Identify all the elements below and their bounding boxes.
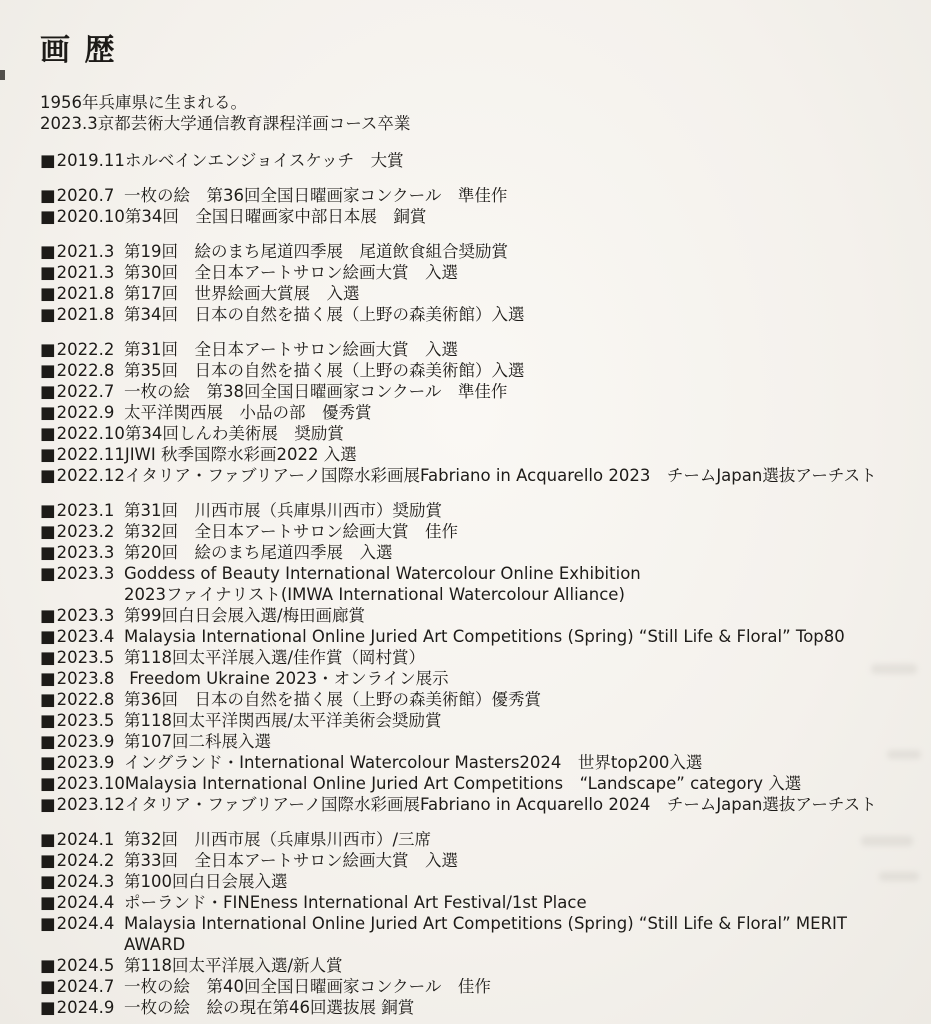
bullet-square-icon: ■: [40, 500, 56, 521]
bullet-square-icon: ■: [40, 262, 56, 283]
entry-date: ■2019.11: [40, 150, 125, 171]
bullet-square-icon: ■: [40, 913, 56, 934]
bullet-square-icon: ■: [40, 241, 56, 262]
history-entry: ■2023.5第118回太平洋展入選/佳作賞（岡村賞）: [40, 647, 907, 668]
entry-date: ■2022.12: [40, 465, 125, 486]
year-group: ■2021.3第19回 絵のまち尾道四季展 尾道飲食組合奨励賞■2021.3第3…: [40, 241, 907, 325]
entry-date-text: 2022.8: [57, 360, 115, 381]
entry-text: 第34回 全国日曜画家中部日本展 銅賞: [125, 206, 907, 227]
bullet-square-icon: ■: [40, 668, 56, 689]
entry-date: ■2021.8: [40, 304, 124, 325]
entry-text: 第107回二科展入選: [124, 731, 907, 752]
bullet-square-icon: ■: [40, 521, 56, 542]
bullet-square-icon: ■: [40, 689, 56, 710]
scan-edge-artifact: [0, 70, 5, 80]
entry-date-text: 2024.7: [57, 976, 115, 997]
entry-date-text: 2019.11: [57, 150, 125, 171]
entry-date-text: 2022.12: [57, 465, 125, 486]
entry-text: 第20回 絵のまち尾道四季展 入選: [124, 542, 907, 563]
history-entry: ■2021.8第17回 世界絵画大賞展 入選: [40, 283, 907, 304]
entry-text: 第100回白日会展入選: [124, 871, 907, 892]
entry-text: イタリア・ファブリアーノ国際水彩画展Fabriano in Acquarello…: [125, 465, 907, 486]
entry-date: ■2024.2: [40, 850, 124, 871]
entry-date: ■2024.4: [40, 913, 124, 934]
entry-text: 第31回 全日本アートサロン絵画大賞 入選: [124, 339, 907, 360]
intro-line-birth: 1956年兵庫県に生まれる。: [40, 92, 907, 113]
document-page: 画 歴 1956年兵庫県に生まれる。 2023.3京都芸術大学通信教育課程洋画コ…: [0, 0, 931, 1024]
bullet-square-icon: ■: [40, 283, 56, 304]
bullet-square-icon: ■: [40, 402, 56, 423]
bullet-square-icon: ■: [40, 339, 56, 360]
entry-date: ■2022.8: [40, 360, 124, 381]
entry-date-text: 2023.5: [57, 647, 115, 668]
entry-text: 第118回太平洋展入選/新人賞: [124, 955, 907, 976]
entry-text: 第31回 川西市展（兵庫県川西市）奨励賞: [124, 500, 907, 521]
history-entry: ■2020.10第34回 全国日曜画家中部日本展 銅賞: [40, 206, 907, 227]
bullet-square-icon: ■: [40, 563, 56, 584]
entry-date: ■2023.9: [40, 731, 124, 752]
history-entry: ■2023.8 Freedom Ukraine 2023・オンライン展示: [40, 668, 907, 689]
entry-text: 第99回白日会展入選/梅田画廊賞: [124, 605, 907, 626]
entry-date-text: 2023.2: [57, 521, 115, 542]
bullet-square-icon: ■: [40, 997, 56, 1018]
entry-text: ホルベインエンジョイスケッチ 大賞: [125, 150, 907, 171]
year-group: ■2020.7一枚の絵 第36回全国日曜画家コンクール 準佳作■2020.10第…: [40, 185, 907, 227]
entry-date-text: 2024.1: [57, 829, 115, 850]
bullet-square-icon: ■: [40, 360, 56, 381]
history-entry: ■2024.2第33回 全日本アートサロン絵画大賞 入選: [40, 850, 907, 871]
entry-date: ■2023.3: [40, 542, 124, 563]
entry-text: 一枚の絵 第38回全国日曜画家コンクール 準佳作: [124, 381, 907, 402]
bullet-square-icon: ■: [40, 626, 56, 647]
entry-date: ■2021.3: [40, 241, 124, 262]
entry-text: 第34回 日本の自然を描く展（上野の森美術館）入選: [124, 304, 907, 325]
entry-date-text: 2022.2: [57, 339, 115, 360]
entry-date: ■2023.2: [40, 521, 124, 542]
entry-date-text: 2024.9: [57, 997, 115, 1018]
entry-date: ■2023.5: [40, 710, 124, 731]
entry-date-text: 2022.7: [57, 381, 115, 402]
entry-text: 一枚の絵 第36回全国日曜画家コンクール 準佳作: [124, 185, 907, 206]
entry-date: ■2023.3: [40, 605, 124, 626]
bullet-square-icon: ■: [40, 381, 56, 402]
history-entry: ■2022.11JIWI 秋季国際水彩画2022 入選: [40, 444, 907, 465]
history-entry: ■2021.3第19回 絵のまち尾道四季展 尾道飲食組合奨励賞: [40, 241, 907, 262]
entry-date: ■2022.8: [40, 689, 124, 710]
entry-text: ポーランド・FINEness International Art Festiva…: [124, 892, 907, 913]
entry-text: 第33回 全日本アートサロン絵画大賞 入選: [124, 850, 907, 871]
entry-date: ■2022.9: [40, 402, 124, 423]
history-entry: ■2024.1第32回 川西市展（兵庫県川西市）/三席: [40, 829, 907, 850]
year-group: ■2024.1第32回 川西市展（兵庫県川西市）/三席■2024.2第33回 全…: [40, 829, 907, 1018]
history-entry: ■2024.9一枚の絵 絵の現在第46回選抜展 銅賞: [40, 997, 907, 1018]
entry-date: ■2023.12: [40, 794, 125, 815]
scan-bleedthrough: [887, 750, 921, 759]
entry-text: 第30回 全日本アートサロン絵画大賞 入選: [124, 262, 907, 283]
entry-date-text: 2020.7: [57, 185, 115, 206]
entry-date: ■2024.7: [40, 976, 124, 997]
entry-date: ■2024.3: [40, 871, 124, 892]
entry-date-text: 2023.9: [57, 731, 115, 752]
entry-date-text: 2021.8: [57, 283, 115, 304]
entry-text: イタリア・ファブリアーノ国際水彩画展Fabriano in Acquarello…: [125, 794, 907, 815]
scan-bleedthrough: [871, 664, 917, 674]
entry-date-text: 2023.3: [57, 605, 115, 626]
history-entry: ■2023.4Malaysia International Online Jur…: [40, 626, 907, 647]
entry-date: ■2023.10: [40, 773, 125, 794]
entry-date: ■2023.8: [40, 668, 124, 689]
entry-text: 第34回しんわ美術展 奨励賞: [125, 423, 907, 444]
bullet-square-icon: ■: [40, 150, 56, 171]
entry-date: ■2023.5: [40, 647, 124, 668]
bullet-square-icon: ■: [40, 794, 56, 815]
history-entry: ■2022.2第31回 全日本アートサロン絵画大賞 入選: [40, 339, 907, 360]
entry-date: ■2024.9: [40, 997, 124, 1018]
entry-date-text: 2023.1: [57, 500, 115, 521]
entry-text: 第118回太平洋関西展/太平洋美術会奨励賞: [124, 710, 907, 731]
entry-text-continuation: 2023ファイナリスト(IMWA International Watercolo…: [124, 584, 907, 605]
entry-text: 第19回 絵のまち尾道四季展 尾道飲食組合奨励賞: [124, 241, 907, 262]
biography-intro: 1956年兵庫県に生まれる。 2023.3京都芸術大学通信教育課程洋画コース卒業: [40, 92, 907, 134]
bullet-square-icon: ■: [40, 304, 56, 325]
history-entry: ■2024.4ポーランド・FINEness International Art …: [40, 892, 907, 913]
history-entry: ■2023.9イングランド・International Watercolour …: [40, 752, 907, 773]
entry-date: ■2022.11: [40, 444, 125, 465]
year-group: ■2023.1第31回 川西市展（兵庫県川西市）奨励賞■2023.2第32回 全…: [40, 500, 907, 815]
entry-date-text: 2024.5: [57, 955, 115, 976]
entry-date-text: 2023.3: [57, 563, 115, 584]
entry-date-text: 2021.3: [57, 241, 115, 262]
bullet-square-icon: ■: [40, 185, 56, 206]
entry-text: Malaysia International Online Juried Art…: [124, 626, 907, 647]
bullet-square-icon: ■: [40, 955, 56, 976]
history-entry: ■2023.2第32回 全日本アートサロン絵画大賞 佳作: [40, 521, 907, 542]
entry-date: ■2024.4: [40, 892, 124, 913]
history-entry: ■2023.3第20回 絵のまち尾道四季展 入選: [40, 542, 907, 563]
entry-date-text: 2024.4: [57, 913, 115, 934]
history-entry: ■2023.1第31回 川西市展（兵庫県川西市）奨励賞: [40, 500, 907, 521]
entry-text: 太平洋関西展 小品の部 優秀賞: [124, 402, 907, 423]
entry-date: ■2023.1: [40, 500, 124, 521]
history-entry: ■2023.12イタリア・ファブリアーノ国際水彩画展Fabriano in Ac…: [40, 794, 907, 815]
history-entry: ■2024.7一枚の絵 第40回全国日曜画家コンクール 佳作: [40, 976, 907, 997]
bullet-square-icon: ■: [40, 752, 56, 773]
scan-bleedthrough: [861, 836, 913, 846]
bullet-square-icon: ■: [40, 871, 56, 892]
entry-date: ■2023.9: [40, 752, 124, 773]
history-entry: ■2023.3Goddess of Beauty International W…: [40, 563, 907, 584]
entry-date: ■2023.3: [40, 563, 124, 584]
history-entry: ■2023.10Malaysia International Online Ju…: [40, 773, 907, 794]
history-entry: ■2023.5第118回太平洋関西展/太平洋美術会奨励賞: [40, 710, 907, 731]
year-group: ■2022.2第31回 全日本アートサロン絵画大賞 入選■2022.8第35回 …: [40, 339, 907, 486]
history-entry: ■2024.5第118回太平洋展入選/新人賞: [40, 955, 907, 976]
bullet-square-icon: ■: [40, 423, 56, 444]
entry-date-text: 2021.3: [57, 262, 115, 283]
entry-date-text: 2024.3: [57, 871, 115, 892]
entry-date: ■2024.5: [40, 955, 124, 976]
bullet-square-icon: ■: [40, 710, 56, 731]
bullet-square-icon: ■: [40, 206, 56, 227]
history-entry: ■2023.9第107回二科展入選: [40, 731, 907, 752]
entry-text: Malaysia International Online Juried Art…: [125, 773, 907, 794]
entry-date-text: 2024.4: [57, 892, 115, 913]
entry-date-text: 2023.4: [57, 626, 115, 647]
entry-text: 一枚の絵 絵の現在第46回選抜展 銅賞: [124, 997, 907, 1018]
bullet-square-icon: ■: [40, 829, 56, 850]
history-entry: ■2019.11ホルベインエンジョイスケッチ 大賞: [40, 150, 907, 171]
entry-date-text: 2020.10: [57, 206, 125, 227]
entry-date: ■2021.3: [40, 262, 124, 283]
entry-text: 第36回 日本の自然を描く展（上野の森美術館）優秀賞: [124, 689, 907, 710]
history-entry-continuation: 2023ファイナリスト(IMWA International Watercolo…: [40, 584, 907, 605]
entry-date: ■2022.10: [40, 423, 125, 444]
entry-text: JIWI 秋季国際水彩画2022 入選: [125, 444, 907, 465]
entry-text: Malaysia International Online Juried Art…: [124, 913, 907, 955]
entry-text: 第32回 川西市展（兵庫県川西市）/三席: [124, 829, 907, 850]
history-entry: ■2022.12イタリア・ファブリアーノ国際水彩画展Fabriano in Ac…: [40, 465, 907, 486]
bullet-square-icon: ■: [40, 773, 56, 794]
entry-text: Freedom Ukraine 2023・オンライン展示: [124, 668, 907, 689]
entry-text: 第32回 全日本アートサロン絵画大賞 佳作: [124, 521, 907, 542]
entry-date-text: 2022.8: [57, 689, 115, 710]
scan-bleedthrough: [879, 872, 919, 881]
history-entry: ■2022.8第35回 日本の自然を描く展（上野の森美術館）入選: [40, 360, 907, 381]
bullet-square-icon: ■: [40, 647, 56, 668]
history-entry: ■2020.7一枚の絵 第36回全国日曜画家コンクール 準佳作: [40, 185, 907, 206]
history-entry: ■2023.3第99回白日会展入選/梅田画廊賞: [40, 605, 907, 626]
entry-date: ■2021.8: [40, 283, 124, 304]
bullet-square-icon: ■: [40, 465, 56, 486]
entry-date: ■2023.4: [40, 626, 124, 647]
bullet-square-icon: ■: [40, 731, 56, 752]
bullet-square-icon: ■: [40, 892, 56, 913]
entry-date-text: 2023.9: [57, 752, 115, 773]
entry-date-text: 2022.11: [57, 444, 125, 465]
bullet-square-icon: ■: [40, 444, 56, 465]
history-entry: ■2024.4Malaysia International Online Jur…: [40, 913, 907, 955]
page-title: 画 歴: [40, 34, 907, 68]
year-group: ■2019.11ホルベインエンジョイスケッチ 大賞: [40, 150, 907, 171]
entry-text: 第35回 日本の自然を描く展（上野の森美術館）入選: [124, 360, 907, 381]
bullet-square-icon: ■: [40, 605, 56, 626]
entry-date: ■2022.2: [40, 339, 124, 360]
entry-date: ■2024.1: [40, 829, 124, 850]
bullet-square-icon: ■: [40, 542, 56, 563]
history-entry: ■2022.9太平洋関西展 小品の部 優秀賞: [40, 402, 907, 423]
entry-text: 第17回 世界絵画大賞展 入選: [124, 283, 907, 304]
entry-date-text: 2023.3: [57, 542, 115, 563]
entry-text: 第118回太平洋展入選/佳作賞（岡村賞）: [124, 647, 907, 668]
entry-date-text: 2022.9: [57, 402, 115, 423]
entry-date-text: 2023.8: [57, 668, 115, 689]
entry-date: ■2022.7: [40, 381, 124, 402]
entry-date-text: 2024.2: [57, 850, 115, 871]
entry-date-text: 2023.10: [57, 773, 125, 794]
entry-text: イングランド・International Watercolour Masters…: [124, 752, 907, 773]
entry-date: ■2020.10: [40, 206, 125, 227]
entry-date-text: 2023.12: [57, 794, 125, 815]
entry-text: Goddess of Beauty International Watercol…: [124, 563, 907, 584]
exhibition-history-list: ■2019.11ホルベインエンジョイスケッチ 大賞■2020.7一枚の絵 第36…: [40, 150, 907, 1018]
entry-text: 一枚の絵 第40回全国日曜画家コンクール 佳作: [124, 976, 907, 997]
history-entry: ■2021.3第30回 全日本アートサロン絵画大賞 入選: [40, 262, 907, 283]
intro-line-education: 2023.3京都芸術大学通信教育課程洋画コース卒業: [40, 113, 907, 134]
history-entry: ■2024.3第100回白日会展入選: [40, 871, 907, 892]
history-entry: ■2021.8第34回 日本の自然を描く展（上野の森美術館）入選: [40, 304, 907, 325]
entry-date-text: 2021.8: [57, 304, 115, 325]
history-entry: ■2022.10第34回しんわ美術展 奨励賞: [40, 423, 907, 444]
entry-date: ■2020.7: [40, 185, 124, 206]
history-entry: ■2022.7一枚の絵 第38回全国日曜画家コンクール 準佳作: [40, 381, 907, 402]
bullet-square-icon: ■: [40, 976, 56, 997]
history-entry: ■2022.8第36回 日本の自然を描く展（上野の森美術館）優秀賞: [40, 689, 907, 710]
bullet-square-icon: ■: [40, 850, 56, 871]
entry-date-text: 2022.10: [57, 423, 125, 444]
entry-date-text: 2023.5: [57, 710, 115, 731]
